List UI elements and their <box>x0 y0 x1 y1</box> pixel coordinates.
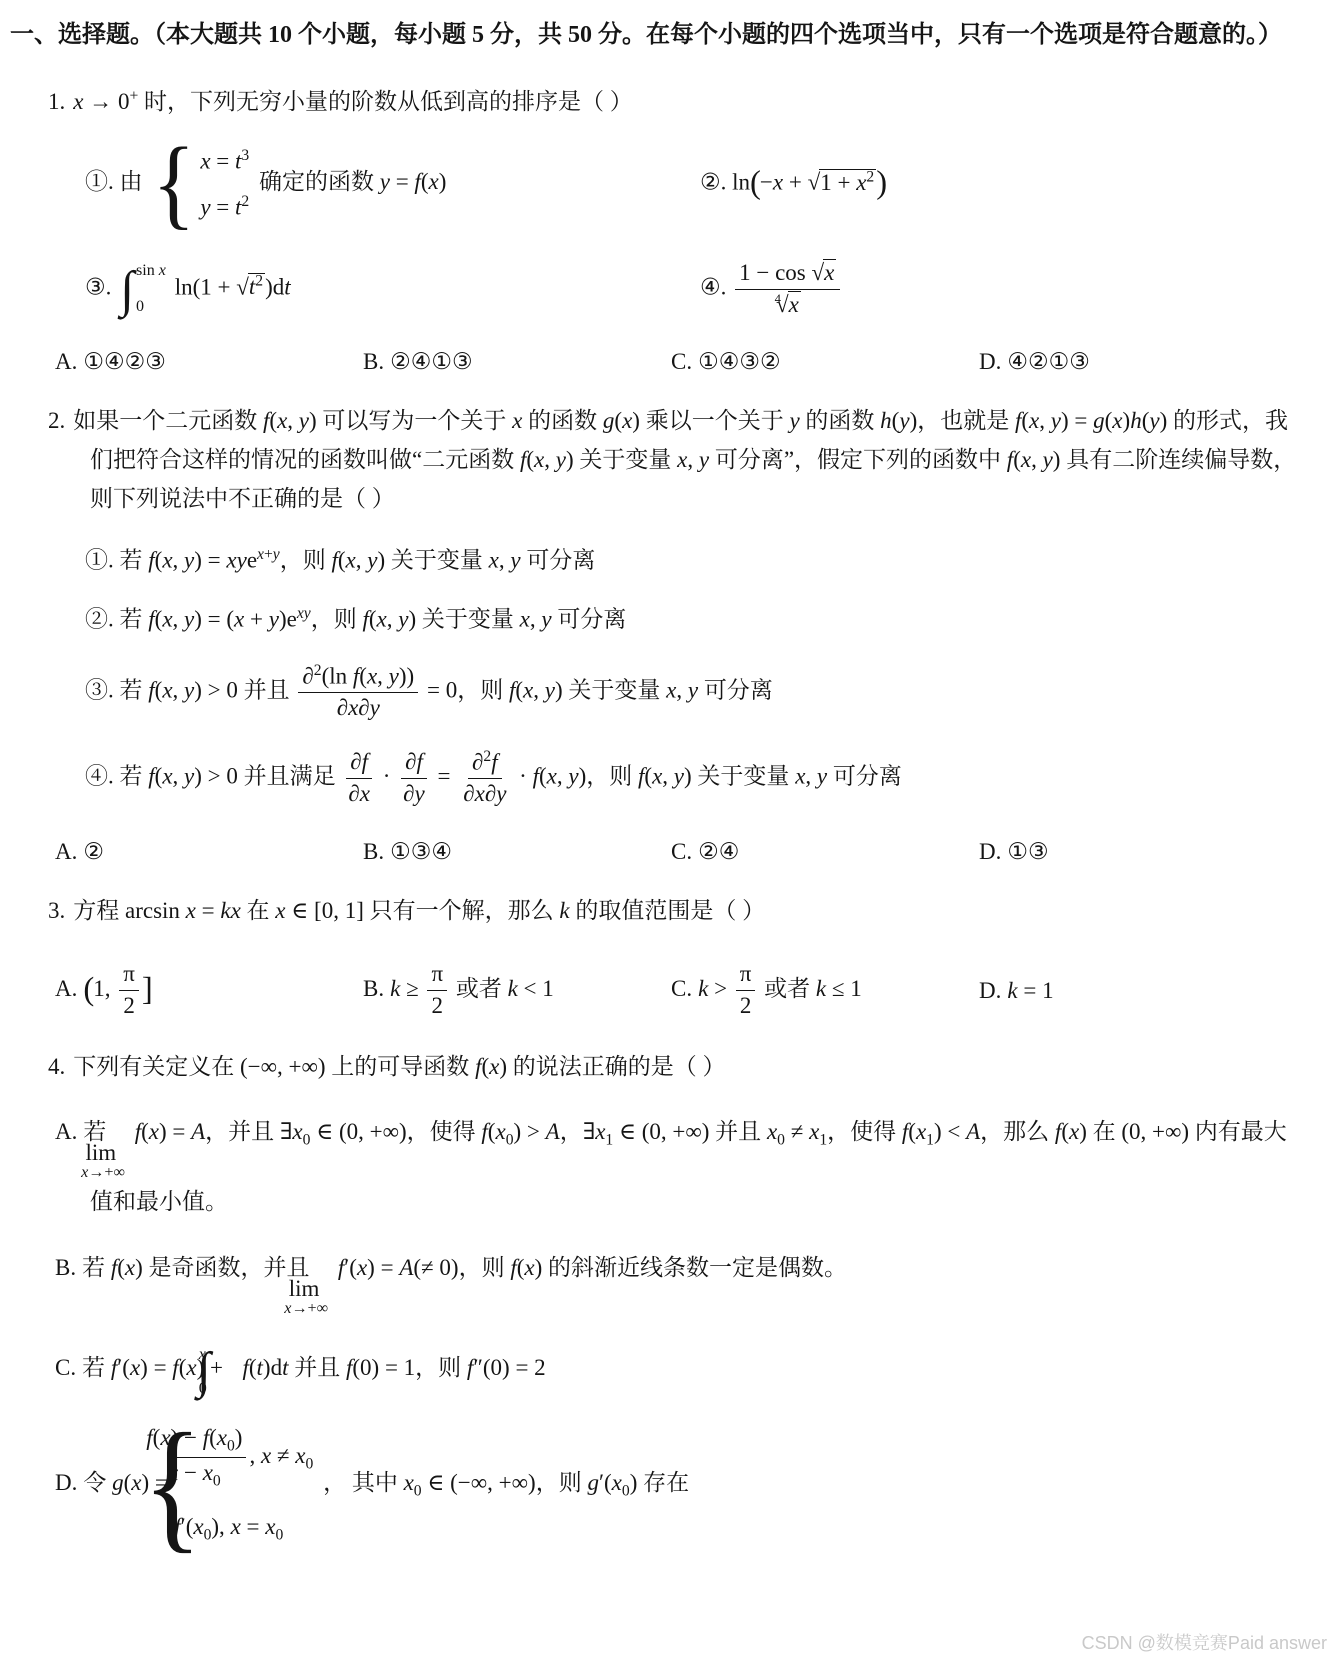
q3-option-a-content: (1, π2] <box>83 976 151 1001</box>
q2-option-c: C.②④ <box>671 839 979 865</box>
watermark: CSDN @数模竞赛Paid answer <box>1082 1629 1327 1655</box>
q1-option-c-label: C. <box>671 349 692 374</box>
q2-option-c-content: ②④ <box>698 839 739 864</box>
q4-option-c-label: C. <box>55 1355 76 1380</box>
question-1: 1.x → 0+ 时，下列无穷小量的阶数从低到高的排序是（ ） ①. 由 {x … <box>0 82 1339 375</box>
q1-item-1: ①. 由 {x = t3y = t2 确定的函数 y = f(x) <box>85 139 700 229</box>
q2-option-a-content: ② <box>83 839 104 864</box>
q3-option-c: C.k > π2 或者 k ≤ 1 <box>671 960 979 1021</box>
q2-item-3: ③. 若 f(x, y) > 0 并且 ∂2(ln f(x, y))∂x∂y =… <box>85 661 1299 723</box>
q4-stem-text: 下列有关定义在 (−∞, +∞) 上的可导函数 f(x) 的说法正确的是（ ） <box>73 1054 725 1079</box>
q3-stem: 3.方程 arcsin x = kx 在 x ∈ [0, 1] 只有一个解，那么… <box>90 891 1299 930</box>
q2-option-a: A.② <box>55 839 363 865</box>
q2-options: A.② B.①③④ C.②④ D.①③ <box>0 839 1339 865</box>
q3-stem-text: 方程 arcsin x = kx 在 x ∈ [0, 1] 只有一个解，那么 k… <box>73 898 765 923</box>
q3-option-d-label: D. <box>979 978 1001 1003</box>
q1-option-d-label: D. <box>979 349 1001 374</box>
q3-option-a-label: A. <box>55 976 77 1001</box>
q4-number: 4. <box>48 1054 65 1079</box>
q1-option-a: A.①④②③ <box>55 349 363 375</box>
q4-option-d: D.令 g(x) = {f(x) − f(x0)x − x0, x ≠ x0f′… <box>90 1422 1299 1546</box>
q4-stem: 4.下列有关定义在 (−∞, +∞) 上的可导函数 f(x) 的说法正确的是（ … <box>90 1047 1299 1086</box>
q2-number: 2. <box>48 408 65 433</box>
q2-option-b-content: ①③④ <box>390 839 452 864</box>
q4-option-c-content: 若 f′(x) = f(x) + ∫x0 f(t)dt 并且 f(0) = 1，… <box>82 1355 546 1380</box>
question-2: 2.如果一个二元函数 f(x, y) 可以写为一个关于 x 的函数 g(x) 乘… <box>0 401 1339 865</box>
q2-option-a-label: A. <box>55 839 77 864</box>
q4-option-b-content: 若 f(x) 是奇函数，并且 limx→+∞ f′(x) = A(≠ 0)，则 … <box>82 1255 847 1280</box>
q3-option-b-label: B. <box>363 976 384 1001</box>
q2-stem: 2.如果一个二元函数 f(x, y) 可以写为一个关于 x 的函数 g(x) 乘… <box>90 401 1299 518</box>
question-4: 4.下列有关定义在 (−∞, +∞) 上的可导函数 f(x) 的说法正确的是（ … <box>0 1047 1339 1547</box>
q2-option-d-label: D. <box>979 839 1001 864</box>
exam-page: 一、选择题。（本大题共 10 个小题，每小题 5 分，共 50 分。在每个小题的… <box>0 0 1339 1661</box>
q3-option-d: D.k = 1 <box>979 978 1339 1004</box>
q2-option-b-label: B. <box>363 839 384 864</box>
q1-option-b: B.②④①③ <box>363 349 671 375</box>
q1-option-d-content: ④②①③ <box>1007 349 1089 374</box>
q4-option-a-label: A. <box>55 1119 77 1144</box>
q1-options: A.①④②③ B.②④①③ C.①④③② D.④②①③ <box>0 349 1339 375</box>
q1-item-4: ④. 1 − cos √x4√x <box>700 259 1339 320</box>
q4-option-c: C.若 f′(x) = f(x) + ∫x0 f(t)dt 并且 f(0) = … <box>90 1344 1299 1397</box>
question-3: 3.方程 arcsin x = kx 在 x ∈ [0, 1] 只有一个解，那么… <box>0 891 1339 1021</box>
q3-number: 3. <box>48 898 65 923</box>
q1-item-2: ②. ln(−x + √1 + x2) <box>700 161 1339 207</box>
q4-option-b: B.若 f(x) 是奇函数，并且 limx→+∞ f′(x) = A(≠ 0)，… <box>90 1248 1299 1318</box>
q2-option-d: D.①③ <box>979 839 1339 865</box>
q3-option-b-content: k ≥ π2 或者 k < 1 <box>390 976 554 1001</box>
q2-item-4: ④. 若 f(x, y) > 0 并且满足 ∂f∂x · ∂f∂y = ∂2f∂… <box>85 747 1299 809</box>
q1-option-c: C.①④③② <box>671 349 979 375</box>
q3-option-c-label: C. <box>671 976 692 1001</box>
q1-option-d: D.④②①③ <box>979 349 1339 375</box>
q4-option-a-content: 若 limx→+∞ f(x) = A，并且 ∃x0 ∈ (0, +∞)，使得 f… <box>83 1119 1286 1214</box>
q3-option-c-content: k > π2 或者 k ≤ 1 <box>698 976 862 1001</box>
q3-option-a: A.(1, π2] <box>55 960 363 1021</box>
q4-option-d-label: D. <box>55 1470 77 1495</box>
q2-option-d-content: ①③ <box>1007 839 1048 864</box>
section-header: 一、选择题。（本大题共 10 个小题，每小题 5 分，共 50 分。在每个小题的… <box>65 14 1299 56</box>
q1-number: 1. <box>48 89 65 114</box>
q1-option-b-content: ②④①③ <box>390 349 472 374</box>
q2-stem-text: 如果一个二元函数 f(x, y) 可以写为一个关于 x 的函数 g(x) 乘以一… <box>73 408 1296 511</box>
q3-option-b: B.k ≥ π2 或者 k < 1 <box>363 960 671 1021</box>
q1-option-a-label: A. <box>55 349 77 374</box>
q1-item-3: ③. ∫sin x0 ln(1 + √t2)dt <box>85 263 700 316</box>
q2-item-1: ①. 若 f(x, y) = xyex+y，则 f(x, y) 关于变量 x, … <box>85 543 1299 578</box>
q1-items: ①. 由 {x = t3y = t2 确定的函数 y = f(x) ②. ln(… <box>0 139 1339 319</box>
q2-option-c-label: C. <box>671 839 692 864</box>
q1-option-a-content: ①④②③ <box>83 349 165 374</box>
q2-item-2: ②. 若 f(x, y) = (x + y)exy，则 f(x, y) 关于变量… <box>85 602 1299 637</box>
q4-option-a: A.若 limx→+∞ f(x) = A，并且 ∃x0 ∈ (0, +∞)，使得… <box>90 1112 1299 1222</box>
q1-stem-text: x → 0+ 时，下列无穷小量的阶数从低到高的排序是（ ） <box>73 89 633 114</box>
q3-options: A.(1, π2] B.k ≥ π2 或者 k < 1 C.k > π2 或者 … <box>0 960 1339 1021</box>
q3-option-d-content: k = 1 <box>1007 978 1053 1003</box>
q4-option-d-content: 令 g(x) = {f(x) − f(x0)x − x0, x ≠ x0f′(x… <box>83 1470 689 1495</box>
q1-option-b-label: B. <box>363 349 384 374</box>
q2-option-b: B.①③④ <box>363 839 671 865</box>
q1-option-c-content: ①④③② <box>698 349 780 374</box>
q1-stem: 1.x → 0+ 时，下列无穷小量的阶数从低到高的排序是（ ） <box>90 82 1299 121</box>
q4-option-b-label: B. <box>55 1255 76 1280</box>
